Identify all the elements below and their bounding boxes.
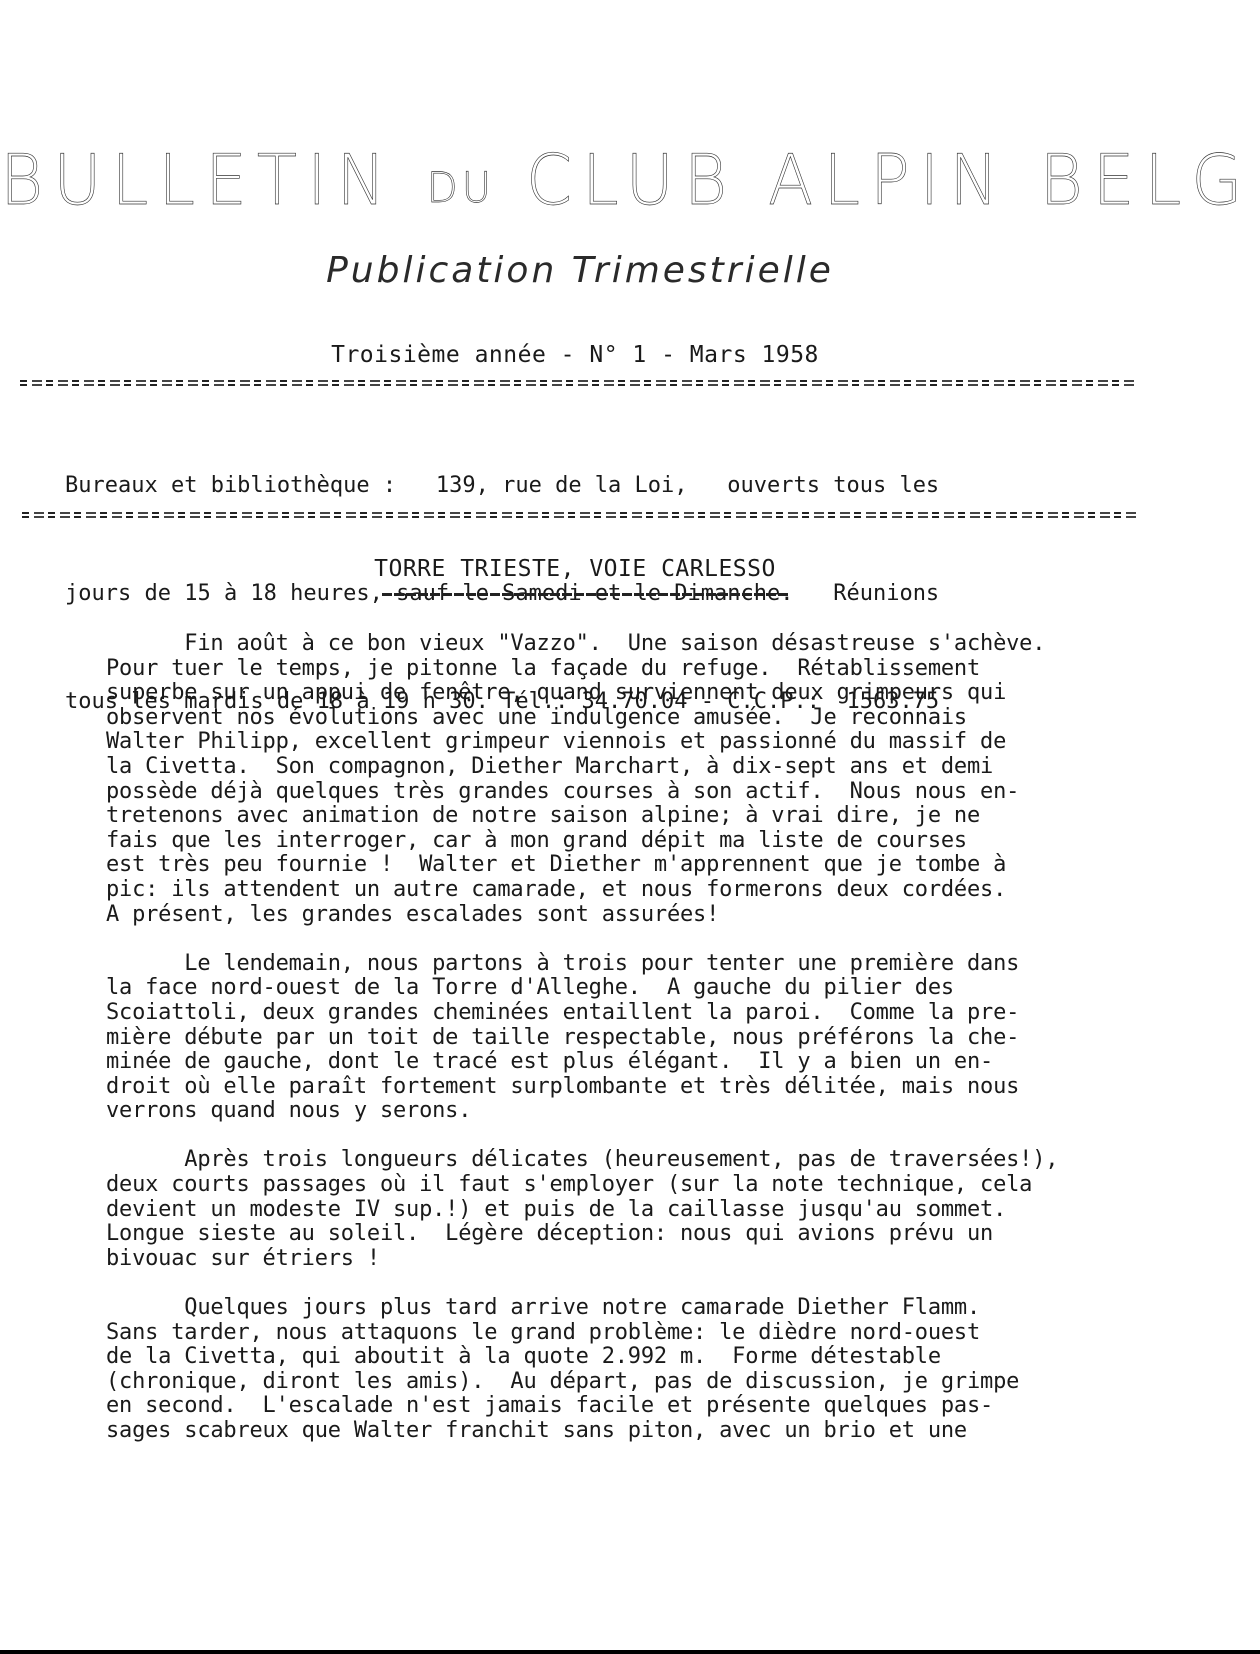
paragraph-line: (chronique, diront les amis). Au départ,… bbox=[106, 1370, 1186, 1395]
paragraph-line: la Civetta. Son compagnon, Diether March… bbox=[106, 755, 1186, 780]
info-line: Bureaux et bibliothèque : 139, rue de la… bbox=[65, 468, 1085, 504]
paragraph-line: Longue sieste au soleil. Légère déceptio… bbox=[106, 1222, 1186, 1247]
paragraph-line: mière débute par un toit de taille respe… bbox=[106, 1026, 1186, 1051]
separator-bottom bbox=[22, 510, 1137, 518]
paragraph-line: Scoiattoli, deux grandes cheminées entai… bbox=[106, 1001, 1186, 1026]
paragraph-line: sages scabreux que Walter franchit sans … bbox=[106, 1419, 1186, 1444]
paragraph-line: de la Civetta, qui aboutit à la quote 2.… bbox=[106, 1345, 1186, 1370]
masthead-title-part1: BULLETIN bbox=[0, 140, 396, 221]
paragraph-line: est très peu fournie ! Walter et Diether… bbox=[106, 853, 1186, 878]
paragraph-line: devient un modeste IV sup.!) et puis de … bbox=[106, 1198, 1186, 1223]
paragraph-line: Sans tarder, nous attaquons le grand pro… bbox=[106, 1321, 1186, 1346]
article-body: Fin août à ce bon vieux "Vazzo". Une sai… bbox=[106, 632, 1186, 1468]
issue-line: Troisième année - N° 1 - Mars 1958 bbox=[0, 342, 1150, 368]
paragraph-line: observent nos évolutions avec une indulg… bbox=[106, 706, 1186, 731]
paragraph-line: la face nord-ouest de la Torre d'Alleghe… bbox=[106, 976, 1186, 1001]
page-bottom-rule bbox=[0, 1650, 1260, 1654]
paragraph-line: Fin août à ce bon vieux "Vazzo". Une sai… bbox=[106, 632, 1186, 657]
paragraph-line: Walter Philipp, excellent grimpeur vienn… bbox=[106, 730, 1186, 755]
masthead-title-du: DU bbox=[427, 164, 495, 212]
article-paragraph: Fin août à ce bon vieux "Vazzo". Une sai… bbox=[106, 632, 1186, 927]
paragraph-line: minée de gauche, dont le tracé est plus … bbox=[106, 1050, 1186, 1075]
paragraph-line: en second. L'escalade n'est jamais facil… bbox=[106, 1394, 1186, 1419]
separator-top bbox=[20, 378, 1135, 386]
paragraph-line: tretenons avec animation de notre saison… bbox=[106, 804, 1186, 829]
paragraph-line: bivouac sur étriers ! bbox=[106, 1247, 1186, 1272]
paragraph-line: deux courts passages où il faut s'employ… bbox=[106, 1173, 1186, 1198]
paragraph-line: verrons quand nous y serons. bbox=[106, 1099, 1186, 1124]
article-paragraph: Le lendemain, nous partons à trois pour … bbox=[106, 952, 1186, 1124]
article-paragraph: Après trois longueurs délicates (heureus… bbox=[106, 1148, 1186, 1271]
paragraph-line: possède déjà quelques très grandes cours… bbox=[106, 780, 1186, 805]
paragraph-line: Après trois longueurs délicates (heureus… bbox=[106, 1148, 1186, 1173]
article-title-underline bbox=[382, 593, 790, 596]
publication-subtitle: Publication Trimestrielle bbox=[0, 250, 1160, 291]
article-title: TORRE TRIESTE, VOIE CARLESSO bbox=[0, 556, 1150, 582]
paragraph-line: A présent, les grandes escalades sont as… bbox=[106, 903, 1186, 928]
masthead-title-part2: CLUB ALPIN BELGE bbox=[526, 140, 1260, 221]
paragraph-line: fais que les interroger, car à mon grand… bbox=[106, 829, 1186, 854]
paragraph-line: Le lendemain, nous partons à trois pour … bbox=[106, 952, 1186, 977]
paragraph-line: Pour tuer le temps, je pitonne la façade… bbox=[106, 657, 1186, 682]
paragraph-line: superbe sur un appui de fenêtre, quand s… bbox=[106, 681, 1186, 706]
paragraph-line: pic: ils attendent un autre camarade, et… bbox=[106, 878, 1186, 903]
article-paragraph: Quelques jours plus tard arrive notre ca… bbox=[106, 1296, 1186, 1444]
paragraph-line: droit où elle paraît fortement surplomba… bbox=[106, 1075, 1186, 1100]
masthead-title: BULLETIN DU CLUB ALPIN BELGE bbox=[0, 140, 1260, 221]
paragraph-line: Quelques jours plus tard arrive notre ca… bbox=[106, 1296, 1186, 1321]
bulletin-page: BULLETIN DU CLUB ALPIN BELGE Publication… bbox=[0, 0, 1260, 1654]
